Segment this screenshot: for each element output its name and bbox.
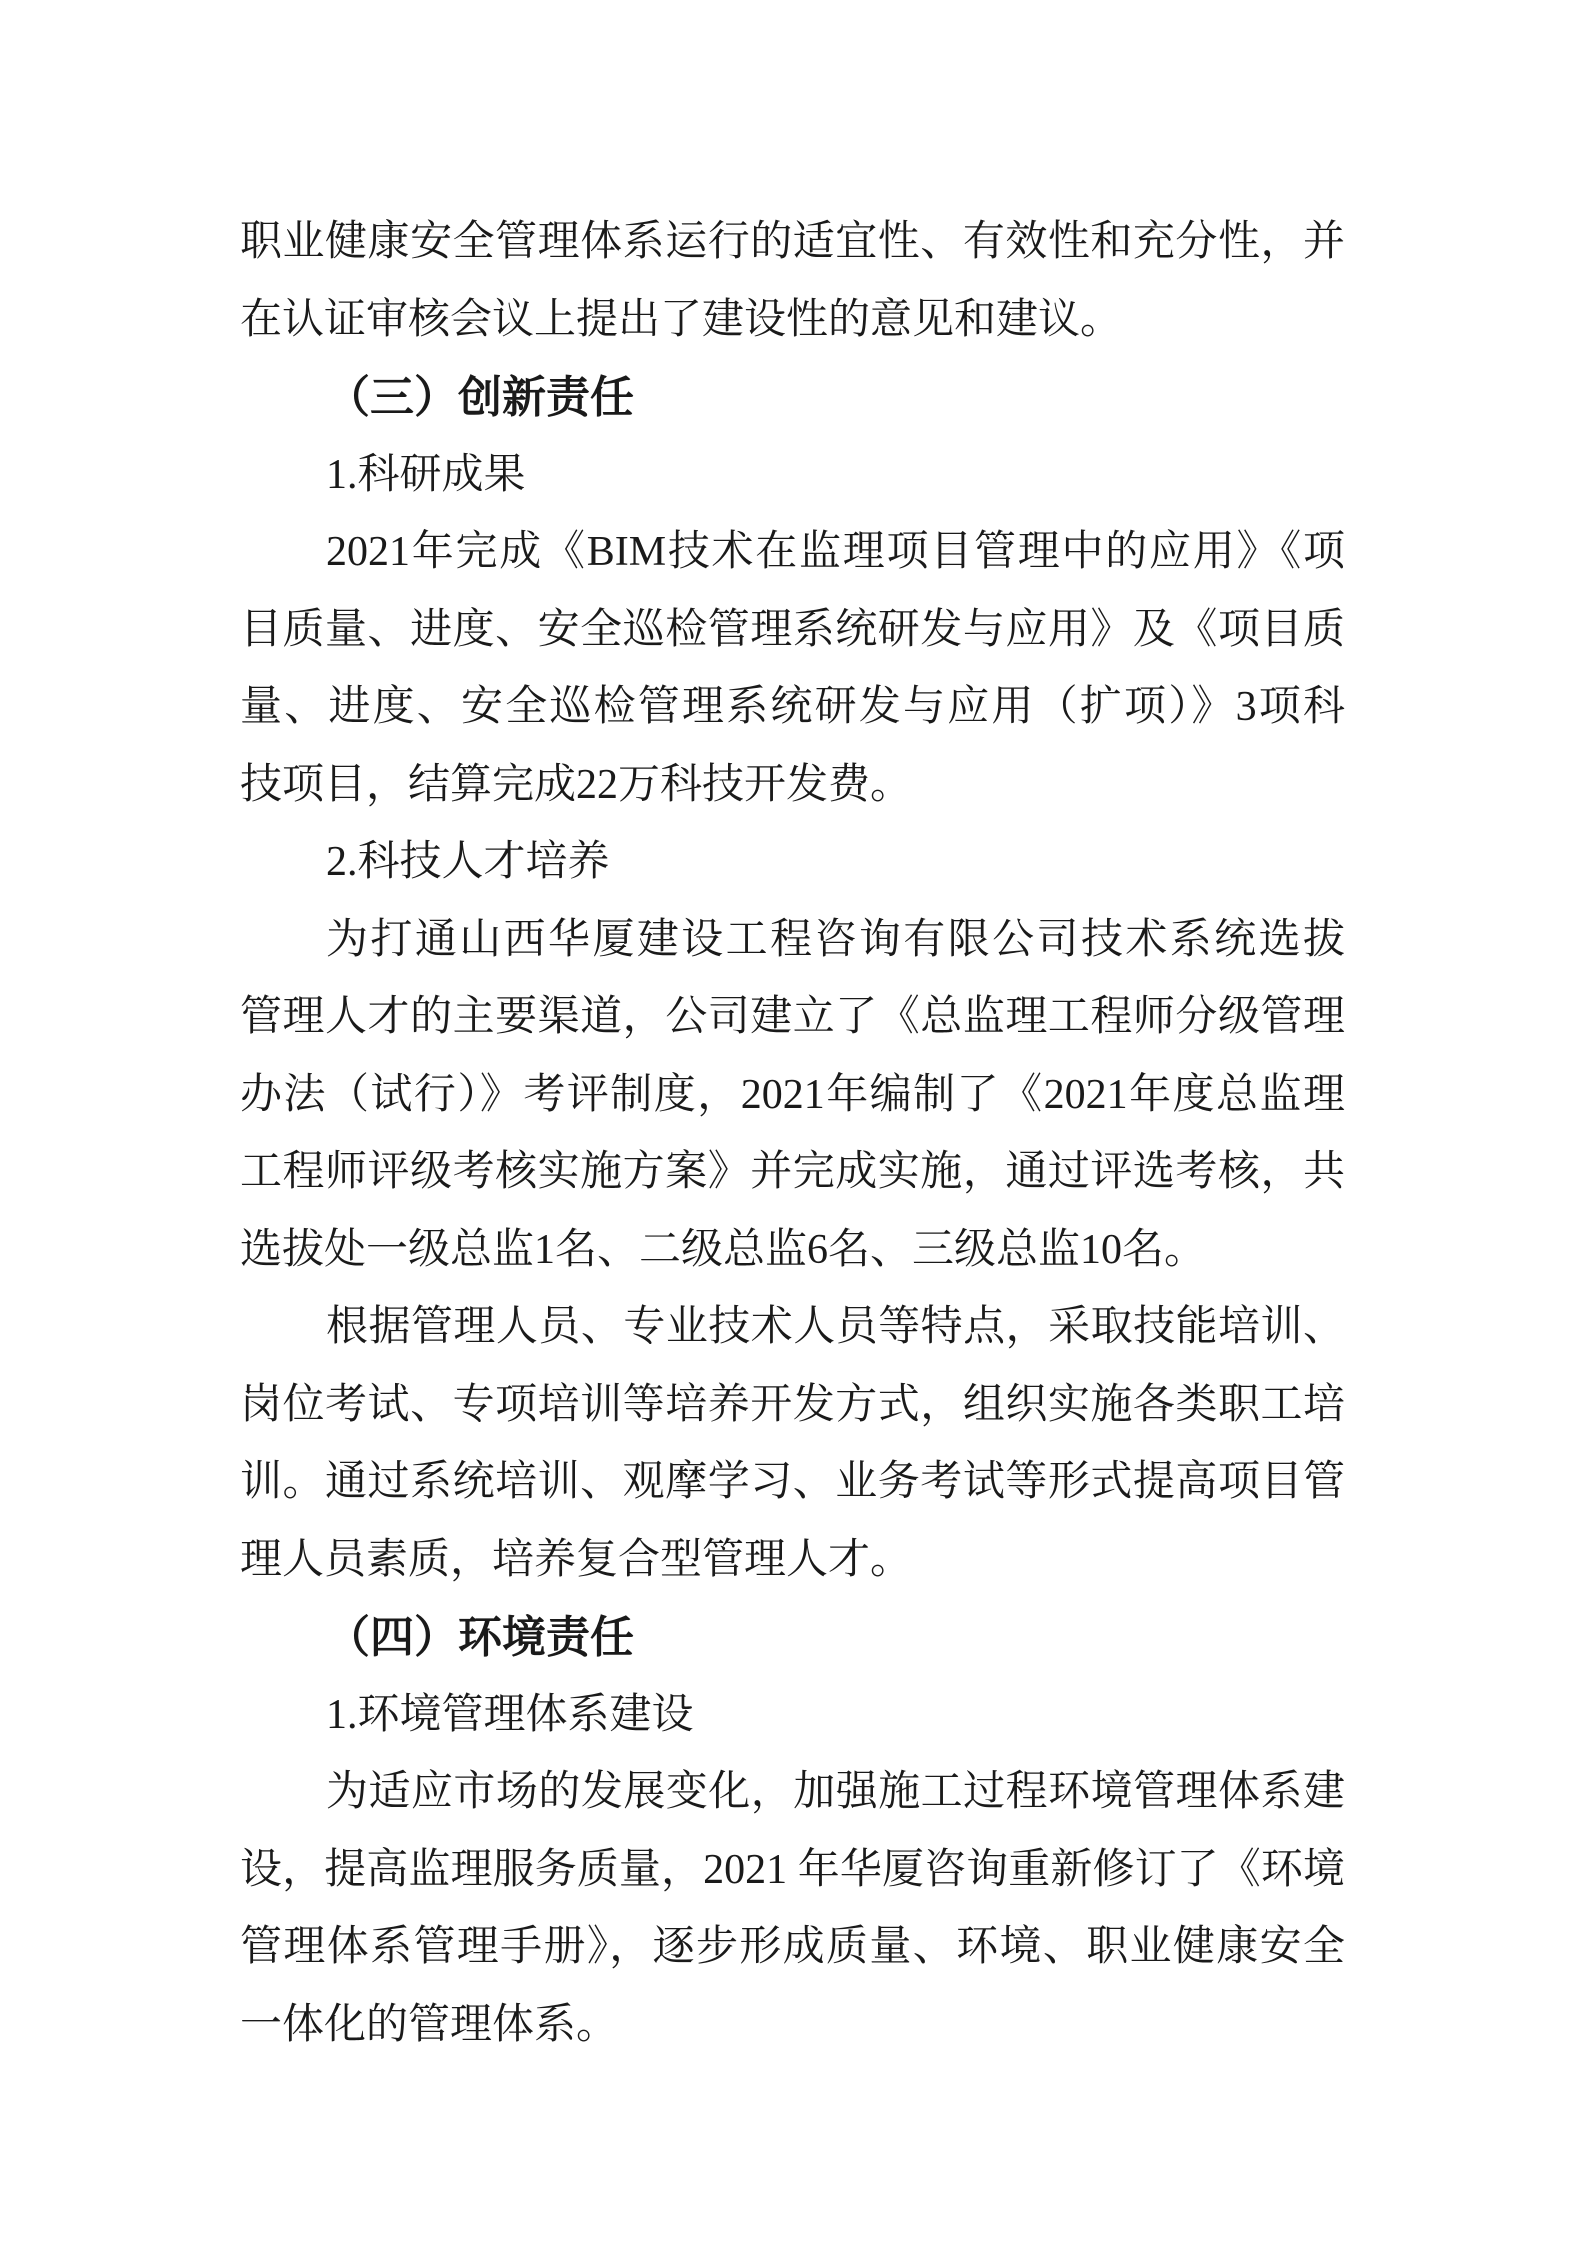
paragraph-block: 根据管理人员、专业技术人员等特点，采取技能培训、岗位考试、专项培训等培养开发方式… <box>240 1289 1345 1599</box>
paragraph-line: 选拔处一级总监1名、二级总监6名、三级总监10名。 <box>240 1212 1345 1290</box>
subheading-block: 2.科技人才培养 <box>240 824 1345 902</box>
paragraph-block: 为打通山西华厦建设工程咨询有限公司技术系统选拔管理人才的主要渠道，公司建立了《总… <box>240 902 1345 1290</box>
section-heading: （三）创新责任 <box>240 359 1345 437</box>
paragraph-line: 目质量、进度、安全巡检管理系统研发与应用》及《项目质 <box>240 592 1345 670</box>
subheading-block: 1.环境管理体系建设 <box>240 1677 1345 1755</box>
subheading-block: 1.科研成果 <box>240 437 1345 515</box>
paragraph-line: 理人员素质，培养复合型管理人才。 <box>240 1522 1345 1600</box>
paragraph-line: 管理人才的主要渠道，公司建立了《总监理工程师分级管理 <box>240 979 1345 1057</box>
subheading-line: 1.科研成果 <box>240 437 1345 515</box>
document-text-body: 职业健康安全管理体系运行的适宜性、有效性和充分性，并在认证审核会议上提出了建设性… <box>240 204 1345 2064</box>
subheading-line: 2.科技人才培养 <box>240 824 1345 902</box>
paragraph-line: 训。通过系统培训、观摩学习、业务考试等形式提高项目管 <box>240 1444 1345 1522</box>
paragraph-line: 工程师评级考核实施方案》并完成实施，通过评选考核，共 <box>240 1134 1345 1212</box>
paragraph-block: 为适应市场的发展变化，加强施工过程环境管理体系建设，提高监理服务质量，2021 … <box>240 1754 1345 2064</box>
subheading-line: 1.环境管理体系建设 <box>240 1677 1345 1755</box>
paragraph-line: 2021年完成《BIM技术在监理项目管理中的应用》《项 <box>240 514 1345 592</box>
section-heading-block: （三）创新责任 <box>240 359 1345 437</box>
paragraph-line: 岗位考试、专项培训等培养开发方式，组织实施各类职工培 <box>240 1367 1345 1445</box>
paragraph-block: 2021年完成《BIM技术在监理项目管理中的应用》《项目质量、进度、安全巡检管理… <box>240 514 1345 824</box>
section-heading-block: （四）环境责任 <box>240 1599 1345 1677</box>
paragraph-line: 在认证审核会议上提出了建设性的意见和建议。 <box>240 282 1345 360</box>
paragraph-line: 根据管理人员、专业技术人员等特点，采取技能培训、 <box>240 1289 1345 1367</box>
paragraph-line: 量、进度、安全巡检管理系统研发与应用（扩项）》3项科 <box>240 669 1345 747</box>
paragraph-line: 一体化的管理体系。 <box>240 1987 1345 2065</box>
paragraph-block: 职业健康安全管理体系运行的适宜性、有效性和充分性，并在认证审核会议上提出了建设性… <box>240 204 1345 359</box>
paragraph-line: 设，提高监理服务质量，2021 年华厦咨询重新修订了《环境 <box>240 1832 1345 1910</box>
paragraph-line: 办法（试行）》考评制度，2021年编制了《2021年度总监理 <box>240 1057 1345 1135</box>
paragraph-line: 职业健康安全管理体系运行的适宜性、有效性和充分性，并 <box>240 204 1345 282</box>
paragraph-line: 技项目，结算完成22万科技开发费。 <box>240 747 1345 825</box>
document-page: 职业健康安全管理体系运行的适宜性、有效性和充分性，并在认证审核会议上提出了建设性… <box>0 0 1587 2245</box>
section-heading: （四）环境责任 <box>240 1599 1345 1677</box>
paragraph-line: 管理体系管理手册》，逐步形成质量、环境、职业健康安全 <box>240 1909 1345 1987</box>
paragraph-line: 为打通山西华厦建设工程咨询有限公司技术系统选拔 <box>240 902 1345 980</box>
paragraph-line: 为适应市场的发展变化，加强施工过程环境管理体系建 <box>240 1754 1345 1832</box>
